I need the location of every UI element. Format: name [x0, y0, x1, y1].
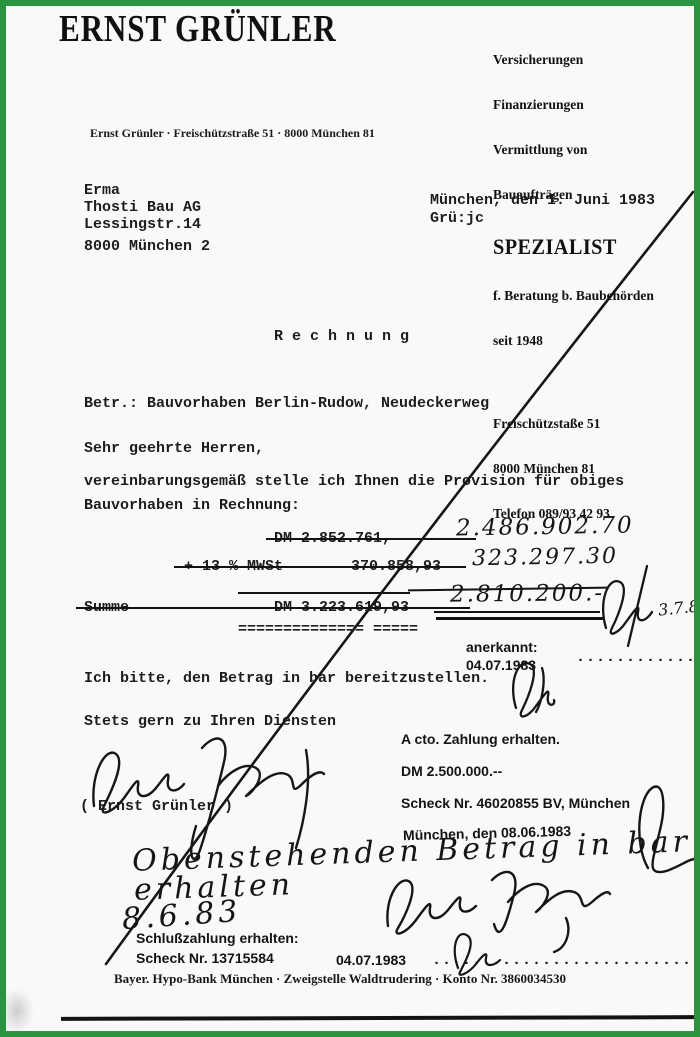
- payment-scheck: Scheck Nr. 46020855 BV, München: [401, 795, 630, 811]
- bank-footer-line: Bayer. Hypo-Bank München · Zweigstelle W…: [114, 971, 566, 987]
- final-payment-date: 04.07.1983: [336, 952, 406, 968]
- letterhead-right-block: Versicherungen Finanzierungen Vermittlun…: [493, 22, 698, 551]
- dotted-signature-line: .............................: [432, 952, 700, 969]
- signature-approval-with-date: [603, 566, 652, 646]
- recipient-line: 8000 München 2: [84, 238, 210, 255]
- final-payment-scheck: Scheck Nr. 13715584: [136, 950, 274, 966]
- company-name: ERNST GRÜNLER: [59, 7, 337, 51]
- specialist-sub: seit 1948: [493, 333, 698, 348]
- specialist-sub: f. Beratung b. Baubehörden: [493, 288, 698, 303]
- handwritten-approval-date: 3.7.82: [657, 595, 700, 619]
- handwritten-amount-3: 2.810.200.-: [450, 580, 604, 607]
- scanned-letter: ERNST GRÜNLER Ernst Grünler · Freischütz…: [0, 0, 700, 1037]
- recipient-line: Erma: [84, 182, 120, 199]
- equals-row: ============== =====: [238, 621, 418, 638]
- handwritten-amount-2: 323.297.30: [472, 544, 618, 572]
- anerkannt-label: anerkannt:: [466, 639, 538, 655]
- letterhead-street: Freischützstaße 51: [493, 416, 698, 431]
- scan-smudge: [0, 988, 34, 1034]
- strikethrough-line: [266, 538, 476, 540]
- reference-line: Grü:jc: [430, 210, 484, 227]
- final-payment-label: Schlußzahlung erhalten:: [136, 930, 299, 946]
- salutation: Sehr geehrte Herren,: [84, 440, 264, 457]
- closing-line: Stets gern zu Ihren Diensten: [84, 713, 336, 730]
- strikethrough-line: [76, 607, 470, 609]
- recipient-line: Lessingstr.14: [84, 216, 201, 233]
- typed-signature-name: ( Ernst Grünler ): [80, 798, 233, 815]
- service-line: Vermittlung von: [493, 142, 698, 157]
- service-line: Finanzierungen: [493, 97, 698, 112]
- payment-amount: DM 2.500.000.--: [401, 763, 502, 779]
- subject-line: Betr.: Bauvorhaben Berlin-Rudow, Neudeck…: [84, 395, 489, 412]
- specialist-title: SPEZIALIST: [493, 236, 682, 258]
- sender-line: Ernst Grünler · Freischützstraße 51 · 80…: [90, 126, 375, 141]
- handwritten-amount-1: 2.486.902.70: [456, 512, 634, 541]
- scan-edge-line: [61, 1015, 700, 1021]
- double-underline: [434, 611, 600, 613]
- service-line: Versicherungen: [493, 52, 698, 67]
- paragraph-line: Bauvorhaben in Rechnung:: [84, 497, 300, 514]
- sum-underline-typed: [238, 592, 410, 594]
- request-line: Ich bitte, den Betrag in bar bereitzuste…: [84, 670, 489, 687]
- dotted-signature-line: ..............: [576, 649, 700, 666]
- document-title: R e c h n u n g: [274, 328, 409, 345]
- paragraph-line: vereinbarungsgemäß stelle ich Ihnen die …: [84, 473, 624, 490]
- city-date-line: München, den 1. Juni 1983: [430, 192, 655, 209]
- acto-line: A cto. Zahlung erhalten.: [401, 731, 560, 747]
- strikethrough-line: [174, 566, 466, 568]
- signature-ernst-gruenler-bottom: [387, 872, 610, 952]
- double-underline: [436, 617, 604, 620]
- recipient-line: Thosti Bau AG: [84, 199, 201, 216]
